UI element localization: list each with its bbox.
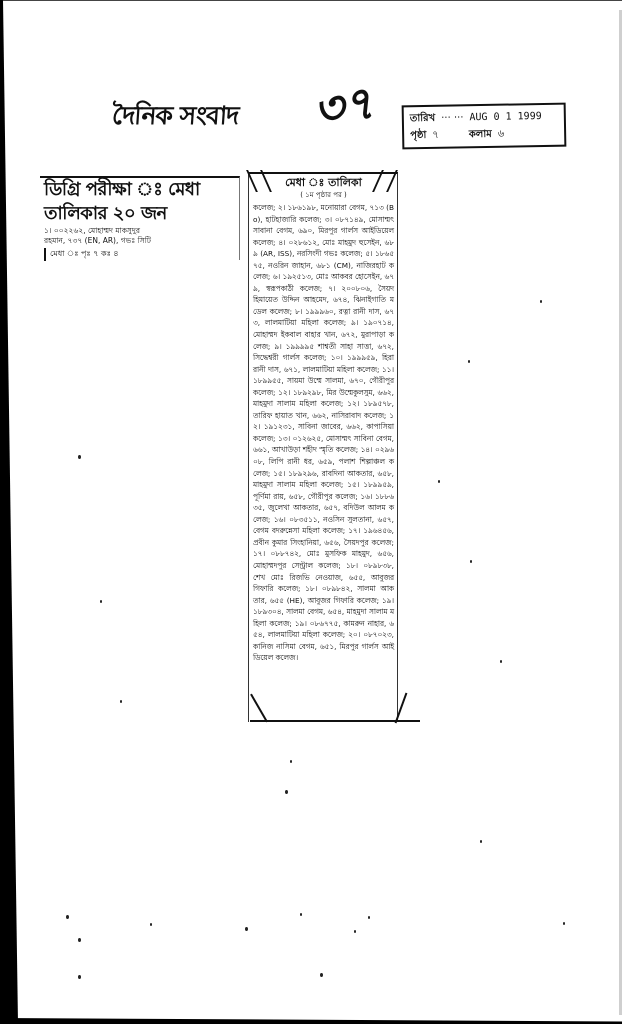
speck xyxy=(438,480,440,483)
speck xyxy=(150,923,152,926)
date-stamp: তারিখ ··· ··· AUG 0 1 1999 পৃষ্ঠা ৭ কলাম… xyxy=(402,103,567,150)
merit-list-clipping: মেধা ঃ তালিকা ( ১ম পৃষ্ঠার পর ) কলেজ; ২।… xyxy=(248,172,398,722)
speck xyxy=(285,790,288,794)
clipping-body-line-2: রহমান, ৭৩৭ (EN, AR), গভঃ সিটি xyxy=(44,236,239,246)
corner-mark-right xyxy=(372,170,398,192)
clipping-body-line-1: ১। ০০২২৬২, মোহাম্মদ মাকসুদুর xyxy=(44,226,239,236)
stamp-column-label: কলাম xyxy=(469,126,492,143)
speck xyxy=(120,700,122,703)
speck xyxy=(100,600,102,603)
speck xyxy=(563,922,565,925)
scan-border-left xyxy=(0,0,24,1024)
speck xyxy=(480,840,482,843)
merit-list-body: কলেজ; ২। ১৮৬১৯৮, মনোয়ারা বেগম, ৭১৩ (Bo)… xyxy=(253,202,394,664)
scan-border-bottom xyxy=(0,1014,622,1024)
speck xyxy=(78,455,81,459)
speck xyxy=(500,660,502,663)
speck xyxy=(468,360,470,363)
stamp-column-value: ৬ xyxy=(498,126,505,143)
speck xyxy=(540,300,542,303)
speck xyxy=(368,916,370,919)
speck xyxy=(300,913,302,916)
stamp-dots: ··· ··· xyxy=(441,109,464,126)
stamp-date-value: AUG 0 1 1999 xyxy=(469,108,542,126)
front-page-clipping: ডিগ্রি পরীক্ষা ঃ মেধা তালিকার ২০ জন ১। ০… xyxy=(40,176,240,260)
speck xyxy=(66,915,69,919)
stamp-date-row: তারিখ ··· ··· AUG 0 1 1999 xyxy=(410,108,558,128)
scan-border-top xyxy=(0,0,622,1)
speck xyxy=(78,938,81,942)
speck xyxy=(470,560,472,563)
headline-line-2: তালিকার ২০ জন xyxy=(44,202,239,226)
speck xyxy=(245,927,248,931)
stamp-date-label: তারিখ xyxy=(410,110,436,127)
headline-line-1: ডিগ্রি পরীক্ষা ঃ মেধা xyxy=(44,178,239,202)
continued-reference: মেধা ঃ পৃঃ ৭ কঃ ৪ xyxy=(44,248,239,261)
speck xyxy=(78,975,81,979)
newspaper-masthead: দৈনিক সংবাদ xyxy=(110,96,239,139)
speck xyxy=(320,973,323,977)
stamp-page-value: ৭ xyxy=(432,127,439,144)
handwritten-page-mark: ৩৭ xyxy=(309,68,379,152)
stamp-page-label: পৃষ্ঠা xyxy=(410,127,426,144)
speck xyxy=(354,930,356,933)
stamp-page-row: পৃষ্ঠা ৭ কলাম ৬ xyxy=(410,125,558,145)
speck xyxy=(290,760,292,763)
stamp-spacer xyxy=(445,126,463,143)
